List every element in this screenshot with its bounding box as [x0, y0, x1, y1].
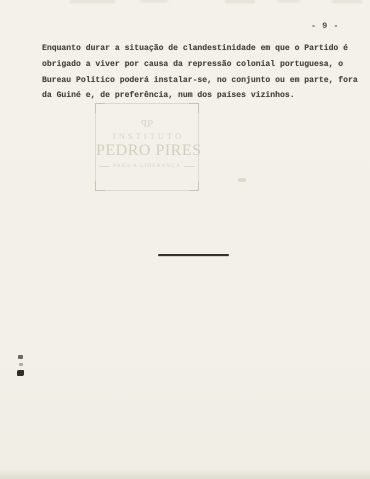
watermark-frame-corner [95, 181, 105, 191]
typewritten-paragraph: Enquanto durar a situação de clandestini… [42, 41, 364, 104]
scan-edge-smudge [140, 0, 168, 2]
tagline-rule-left [99, 166, 110, 167]
scan-edge-smudge [225, 0, 255, 3]
margin-mark [17, 370, 24, 376]
scan-artifact [238, 178, 246, 182]
margin-mark [18, 355, 23, 359]
watermark-name-label: PEDRO PIRES [96, 143, 198, 159]
watermark-tagline: PARA A LIDERANÇA [96, 163, 198, 169]
scanned-document-page: - 9 - Enquanto durar a situação de cland… [0, 0, 370, 479]
scan-bottom-shadow [0, 469, 370, 479]
scan-edge-smudge [70, 0, 115, 3]
tagline-text: PARA A LIDERANÇA [113, 163, 181, 169]
paragraph-line: da Guiné e, de preferência, num dos país… [42, 88, 364, 104]
paragraph-line: Enquanto durar a situação de clandestini… [42, 41, 364, 57]
watermark-stamp: PP INSTITUTO PEDRO PIRES PARA A LIDERANÇ… [95, 103, 199, 191]
pp-monogram-icon: PP [96, 119, 198, 130]
watermark-frame-corner [189, 181, 199, 191]
scan-edge-smudge [332, 0, 362, 3]
paragraph-line: obrigado a viver por causa da repressão … [42, 57, 364, 73]
watermark-institute-label: INSTITUTO [96, 132, 198, 141]
tagline-rule-right [184, 166, 195, 167]
monogram-letter: P [142, 119, 147, 130]
paragraph-line: Bureau Político poderá instalar-se, no c… [42, 73, 364, 89]
section-divider-line [158, 254, 229, 256]
page-number: - 9 - [311, 21, 339, 31]
monogram-letter: P [147, 118, 152, 130]
watermark-frame-corner [189, 103, 199, 113]
margin-mark [19, 363, 23, 366]
scan-edge-smudge [278, 0, 300, 2]
watermark-frame-corner [95, 103, 105, 113]
